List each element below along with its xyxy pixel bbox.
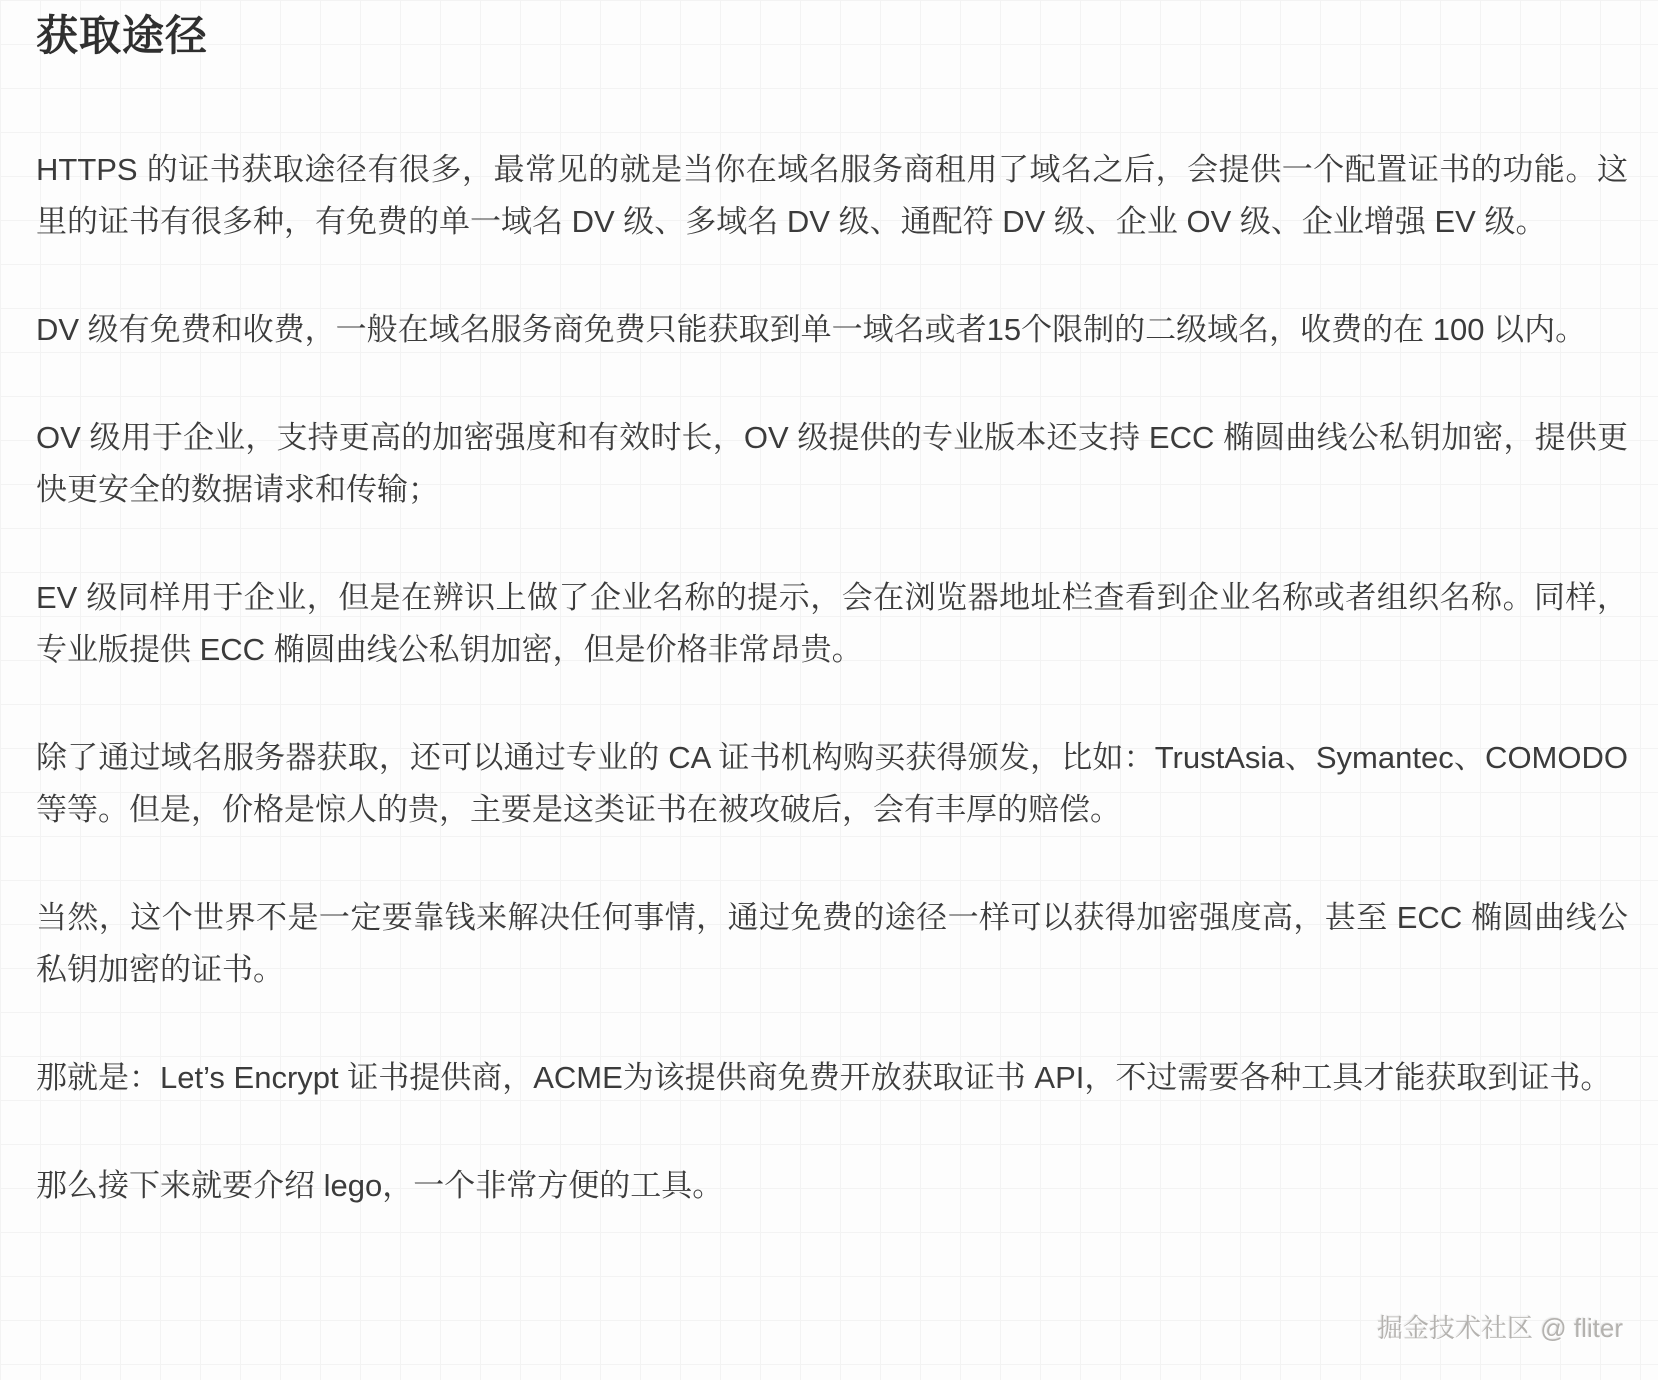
paragraph-free-option: 当然，这个世界不是一定要靠钱来解决任何事情，通过免费的途径一样可以获得加密强度高… bbox=[36, 892, 1628, 996]
article-content: 获取途径 HTTPS 的证书获取途径有很多，最常见的就是当你在域名服务商租用了域… bbox=[0, 0, 1658, 1380]
paragraph-https-cert-intro: HTTPS 的证书获取途径有很多，最常见的就是当你在域名服务商租用了域名之后，会… bbox=[36, 144, 1628, 248]
paragraph-lego-intro: 那么接下来就要介绍 lego，一个非常方便的工具。 bbox=[36, 1160, 1628, 1212]
article-page: { "article": { "heading": "获取途径", "parag… bbox=[0, 0, 1658, 1380]
paragraph-ca-providers: 除了通过域名服务器获取，还可以通过专业的 CA 证书机构购买获得颁发，比如：Tr… bbox=[36, 732, 1628, 836]
paragraph-lets-encrypt: 那就是：Let’s Encrypt 证书提供商，ACME为该提供商免费开放获取证… bbox=[36, 1052, 1628, 1104]
paragraph-dv-level: DV 级有免费和收费，一般在域名服务商免费只能获取到单一域名或者15个限制的二级… bbox=[36, 304, 1628, 356]
paragraph-ov-level: OV 级用于企业，支持更高的加密强度和有效时长，OV 级提供的专业版本还支持 E… bbox=[36, 412, 1628, 516]
section-heading: 获取途径 bbox=[36, 0, 1628, 60]
watermark: 掘金技术社区 @ fliter bbox=[1377, 1313, 1623, 1343]
paragraph-ev-level: EV 级同样用于企业，但是在辨识上做了企业名称的提示，会在浏览器地址栏查看到企业… bbox=[36, 572, 1628, 676]
